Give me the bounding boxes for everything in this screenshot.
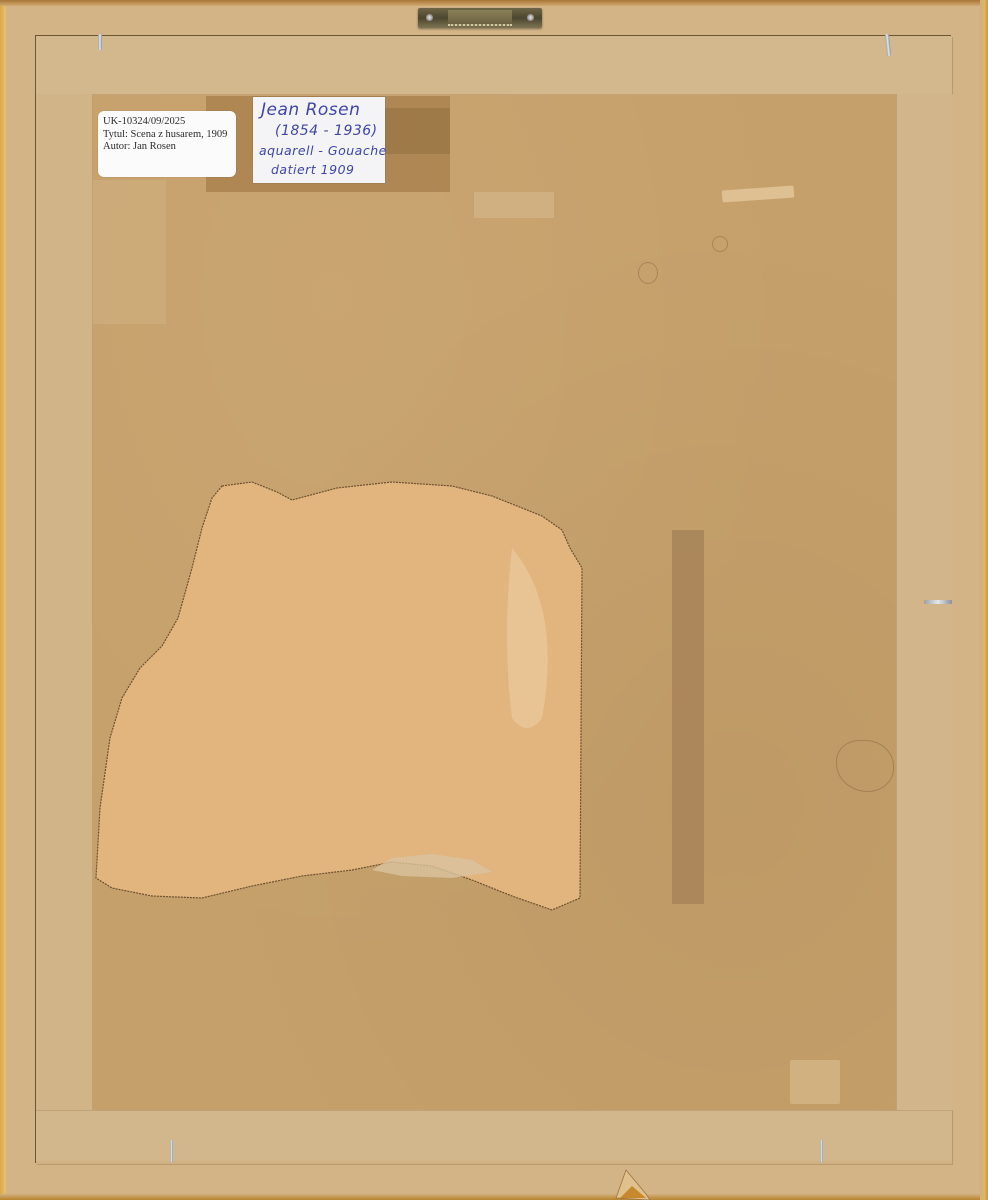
bottom-left-nail <box>170 1140 173 1162</box>
right-nail <box>924 600 952 604</box>
tape-residue <box>474 192 554 218</box>
hanger-screw-right <box>527 14 534 21</box>
brown-tape-strip <box>672 530 704 904</box>
top-left-nail <box>98 34 102 50</box>
inventory-number: UK-10324/09/2025 <box>103 116 236 129</box>
brown-tape-patch-right <box>384 108 450 154</box>
water-stain <box>638 262 658 284</box>
paper-scuff-bottom <box>790 1060 840 1104</box>
water-stain-small <box>712 236 728 252</box>
perimeter-tape-bottom <box>36 1110 952 1161</box>
perimeter-tape-top <box>36 36 952 95</box>
torn-corner-bottom <box>612 1168 652 1200</box>
artwork-author: Autor: Jan Rosen <box>103 141 236 154</box>
frame-right-edge <box>980 0 988 1200</box>
artwork-title: Tytul: Scena z husarem, 1909 <box>103 129 236 142</box>
artwork-medium: aquarell - Gouache <box>253 141 385 161</box>
artist-name: Jean Rosen <box>253 99 385 121</box>
sawtooth-hanger <box>418 8 542 28</box>
bottom-right-nail <box>820 1140 823 1162</box>
perimeter-tape-left <box>36 94 93 1110</box>
inventory-label: UK-10324/09/2025 Tytul: Scena z husarem,… <box>98 111 236 177</box>
handwritten-label: Jean Rosen (1854 - 1936) aquarell - Goua… <box>253 97 385 183</box>
tape-residue-left <box>92 180 166 324</box>
frame-bottom-edge <box>0 1194 988 1200</box>
torn-backing-region <box>92 478 702 920</box>
artist-lifespan: (1854 - 1936) <box>253 121 385 141</box>
hanger-teeth <box>448 10 512 26</box>
hanger-screw-left <box>426 14 433 21</box>
torn-paper-shape <box>92 478 702 920</box>
artwork-date: datiert 1909 <box>253 161 385 179</box>
